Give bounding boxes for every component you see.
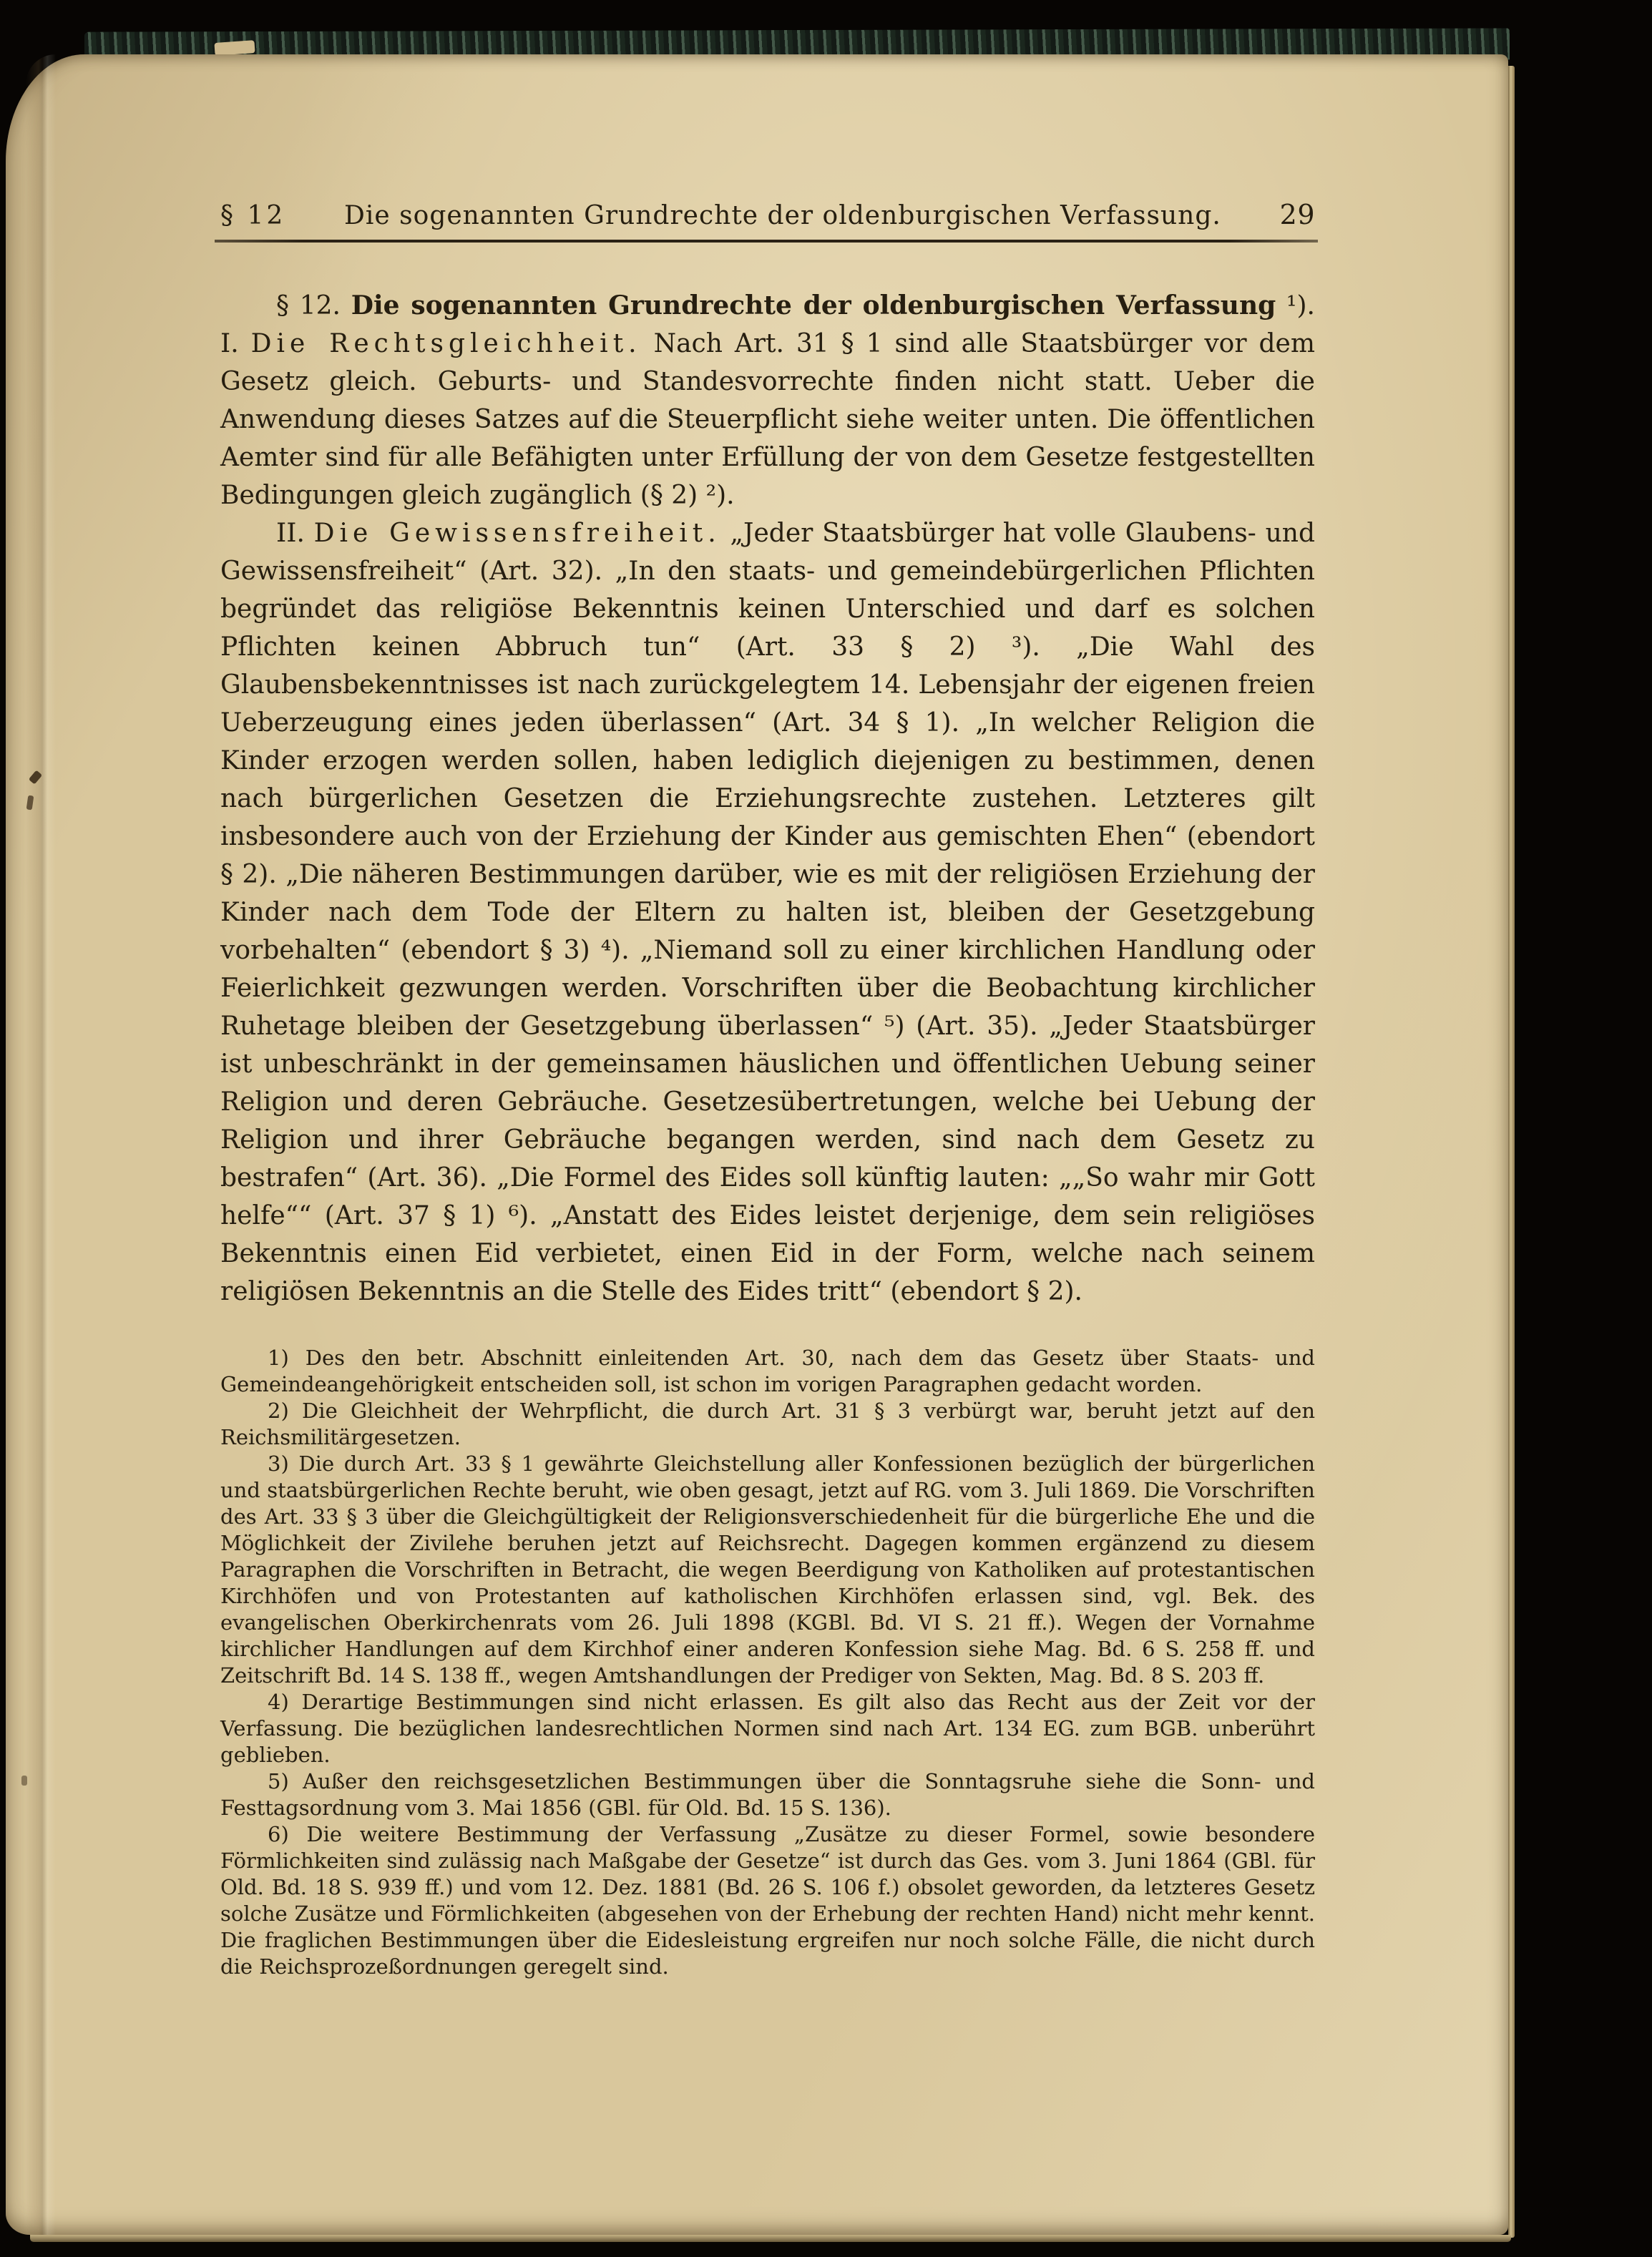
- header-page-number: 29: [1280, 200, 1315, 229]
- body-paragraph-segment-normal: § 12.: [276, 291, 351, 320]
- body-paragraph: § 12. Die sogenannten Grundrechte der ol…: [220, 287, 1315, 514]
- footnote-item-segment-normal: 3) Die durch Art. 33 § 1 gewährte Gleich…: [220, 1451, 1315, 1688]
- binding-crease: [26, 54, 56, 2235]
- footnote-item: 5) Außer den reichsgesetzlichen Bestimmu…: [220, 1768, 1315, 1821]
- footnote-item: 1) Des den betr. Abschnitt einleitenden …: [220, 1345, 1315, 1398]
- page-stack-edge-right: [1508, 66, 1515, 2238]
- footnote-item: 4) Derartige Bestimmungen sind nicht erl…: [220, 1689, 1315, 1768]
- printed-text-block: § 12 Die sogenannten Grundrechte der old…: [220, 54, 1315, 1980]
- body-paragraph: II. Die Gewissensfreiheit. „Jeder Staats…: [220, 514, 1315, 1311]
- footnote-item-segment-normal: 6) Die weitere Bestimmung der Verfassung…: [220, 1822, 1315, 1979]
- footnote-item-segment-normal: 5) Außer den reichsgesetzlichen Bestimmu…: [220, 1769, 1315, 1820]
- running-header: § 12 Die sogenannten Grundrechte der old…: [220, 200, 1315, 230]
- main-body-text: § 12. Die sogenannten Grundrechte der ol…: [220, 287, 1315, 1311]
- footnote-item-segment-normal: 1) Des den betr. Abschnitt einleitenden …: [220, 1346, 1315, 1396]
- body-paragraph-segment-spaced: Die Rechtsgleichheit.: [251, 329, 642, 358]
- footnote-item: 2) Die Gleichheit der Wehrpflicht, die d…: [220, 1398, 1315, 1451]
- footnote-item: 6) Die weitere Bestimmung der Verfassung…: [220, 1821, 1315, 1980]
- header-section-label: § 12: [220, 202, 285, 230]
- page-stack-edge-bottom: [30, 2235, 1511, 2242]
- footnote-item-segment-normal: 4) Derartige Bestimmungen sind nicht erl…: [220, 1690, 1315, 1767]
- footnotes-block: 1) Des den betr. Abschnitt einleitenden …: [220, 1345, 1315, 1980]
- binding-stitch: [21, 1776, 27, 1786]
- header-rule: [215, 240, 1318, 243]
- scanned-book-page-photo: { "colors": { "background": "#070503", "…: [0, 0, 1652, 2257]
- body-paragraph-segment-bold: Die sogenannten Grundrechte der oldenbur…: [351, 290, 1276, 320]
- footnote-item: 3) Die durch Art. 33 § 1 gewährte Gleich…: [220, 1451, 1315, 1689]
- body-paragraph-segment-normal: II.: [276, 519, 314, 548]
- book-page: § 12 Die sogenannten Grundrechte der old…: [6, 54, 1508, 2235]
- body-paragraph-segment-spaced: Die Gewissensfreiheit.: [314, 519, 721, 548]
- header-title: Die sogenannten Grundrechte der oldenbur…: [285, 202, 1279, 230]
- footnote-item-segment-normal: 2) Die Gleichheit der Wehrpflicht, die d…: [220, 1399, 1315, 1449]
- body-paragraph-segment-normal: „Jeder Staatsbürger hat volle Glaubens- …: [220, 519, 1315, 1306]
